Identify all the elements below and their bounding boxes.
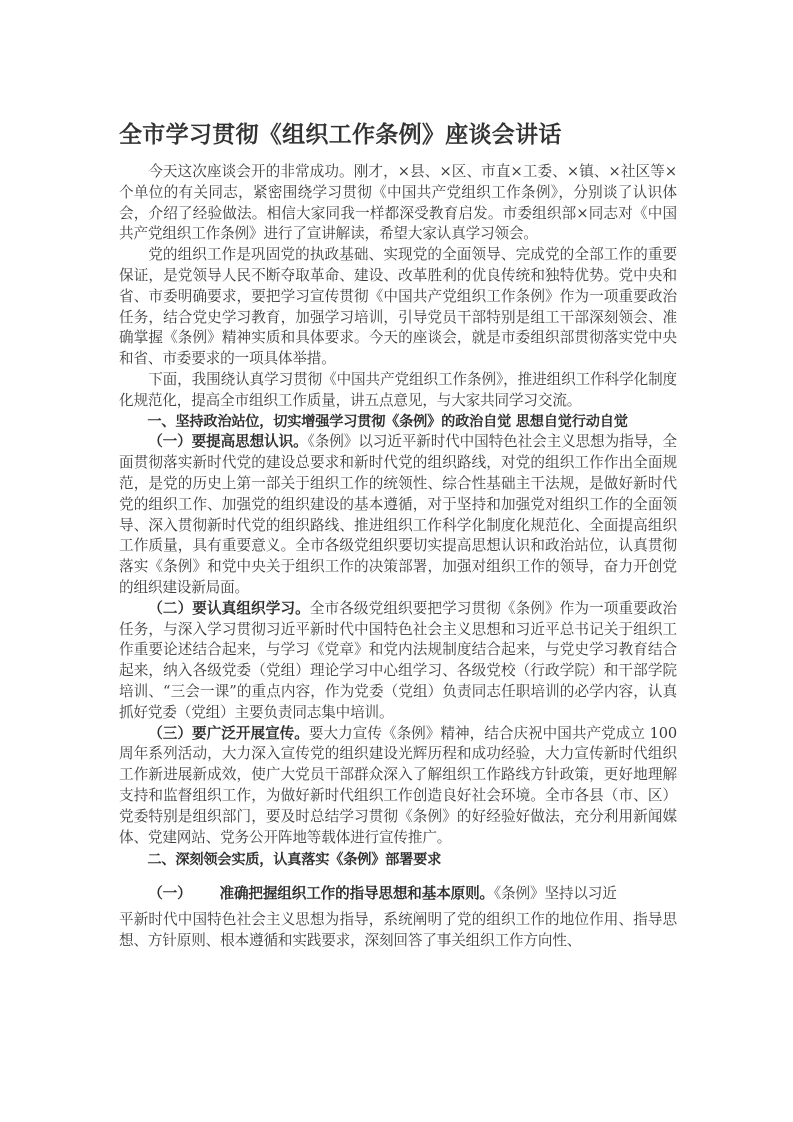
section-1-item-3: （三）要广泛开展宣传。要大力宣传《条例》精神，结合庆祝中国共产党成立 100 周… (119, 724, 677, 849)
paragraph-opening: 今天这次座谈会开的非常成功。刚才，×县、×区、市直×工委、×镇、×社区等×个单位… (119, 162, 677, 245)
paragraph-importance: 党的组织工作是巩固党的执政基础、实现党的全面领导、完成党的全部工作的重要保证，是… (119, 245, 677, 370)
document-page: 全市学习贯彻《组织工作条例》座谈会讲话 今天这次座谈会开的非常成功。刚才，×县、… (119, 118, 677, 952)
paragraph-outline: 下面，我围绕认真学习贯彻《中国共产党组织工作条例》，推进组织工作科学化制度化规范… (119, 370, 677, 412)
section-2-heading: 二、深刻领会实质，认真落实《条例》部署要求 (119, 850, 677, 871)
item-lead: （二）要认真组织学习。 (148, 600, 310, 617)
section-1-heading: 一、坚持政治站位，切实增强学习贯彻《条例》的政治自觉 思想自觉行动自觉 (119, 412, 677, 433)
item-body-first: 《条例》坚持以习近 (494, 885, 617, 902)
item-body: 要大力宣传《条例》精神，结合庆祝中国共产党成立 100 周年系列活动，大力深入宣… (119, 725, 677, 846)
section-2-item-1-continuation: 平新时代中国特色社会主义思想为指导，系统阐明了党的组织工作的地位作用、指导思想、… (119, 910, 677, 952)
section-1-item-2: （二）要认真组织学习。全市各级党组织要把学习贯彻《条例》作为一项重要政治任务，与… (119, 599, 677, 724)
section-2-item-1-first-line: （一）准确把握组织工作的指导思想和基本原则。《条例》坚持以习近 (119, 877, 677, 910)
item-lead: （一）要提高思想认识。 (148, 433, 307, 450)
item-lead-number: （一） (148, 885, 191, 902)
item-body: 《条例》以习近平新时代中国特色社会主义思想为指导，全面贯彻落实新时代党的建设总要… (119, 433, 677, 596)
item-body: 全市各级党组织要把学习贯彻《条例》作为一项重要政治任务，与深入学习贯彻习近平新时… (119, 600, 677, 721)
section-1-item-1: （一）要提高思想认识。《条例》以习近平新时代中国特色社会主义思想为指导，全面贯彻… (119, 432, 677, 598)
item-lead: （三）要广泛开展宣传。 (148, 725, 309, 742)
document-title: 全市学习贯彻《组织工作条例》座谈会讲话 (119, 118, 677, 152)
item-lead: 准确把握组织工作的指导思想和基本原则。 (220, 885, 494, 902)
